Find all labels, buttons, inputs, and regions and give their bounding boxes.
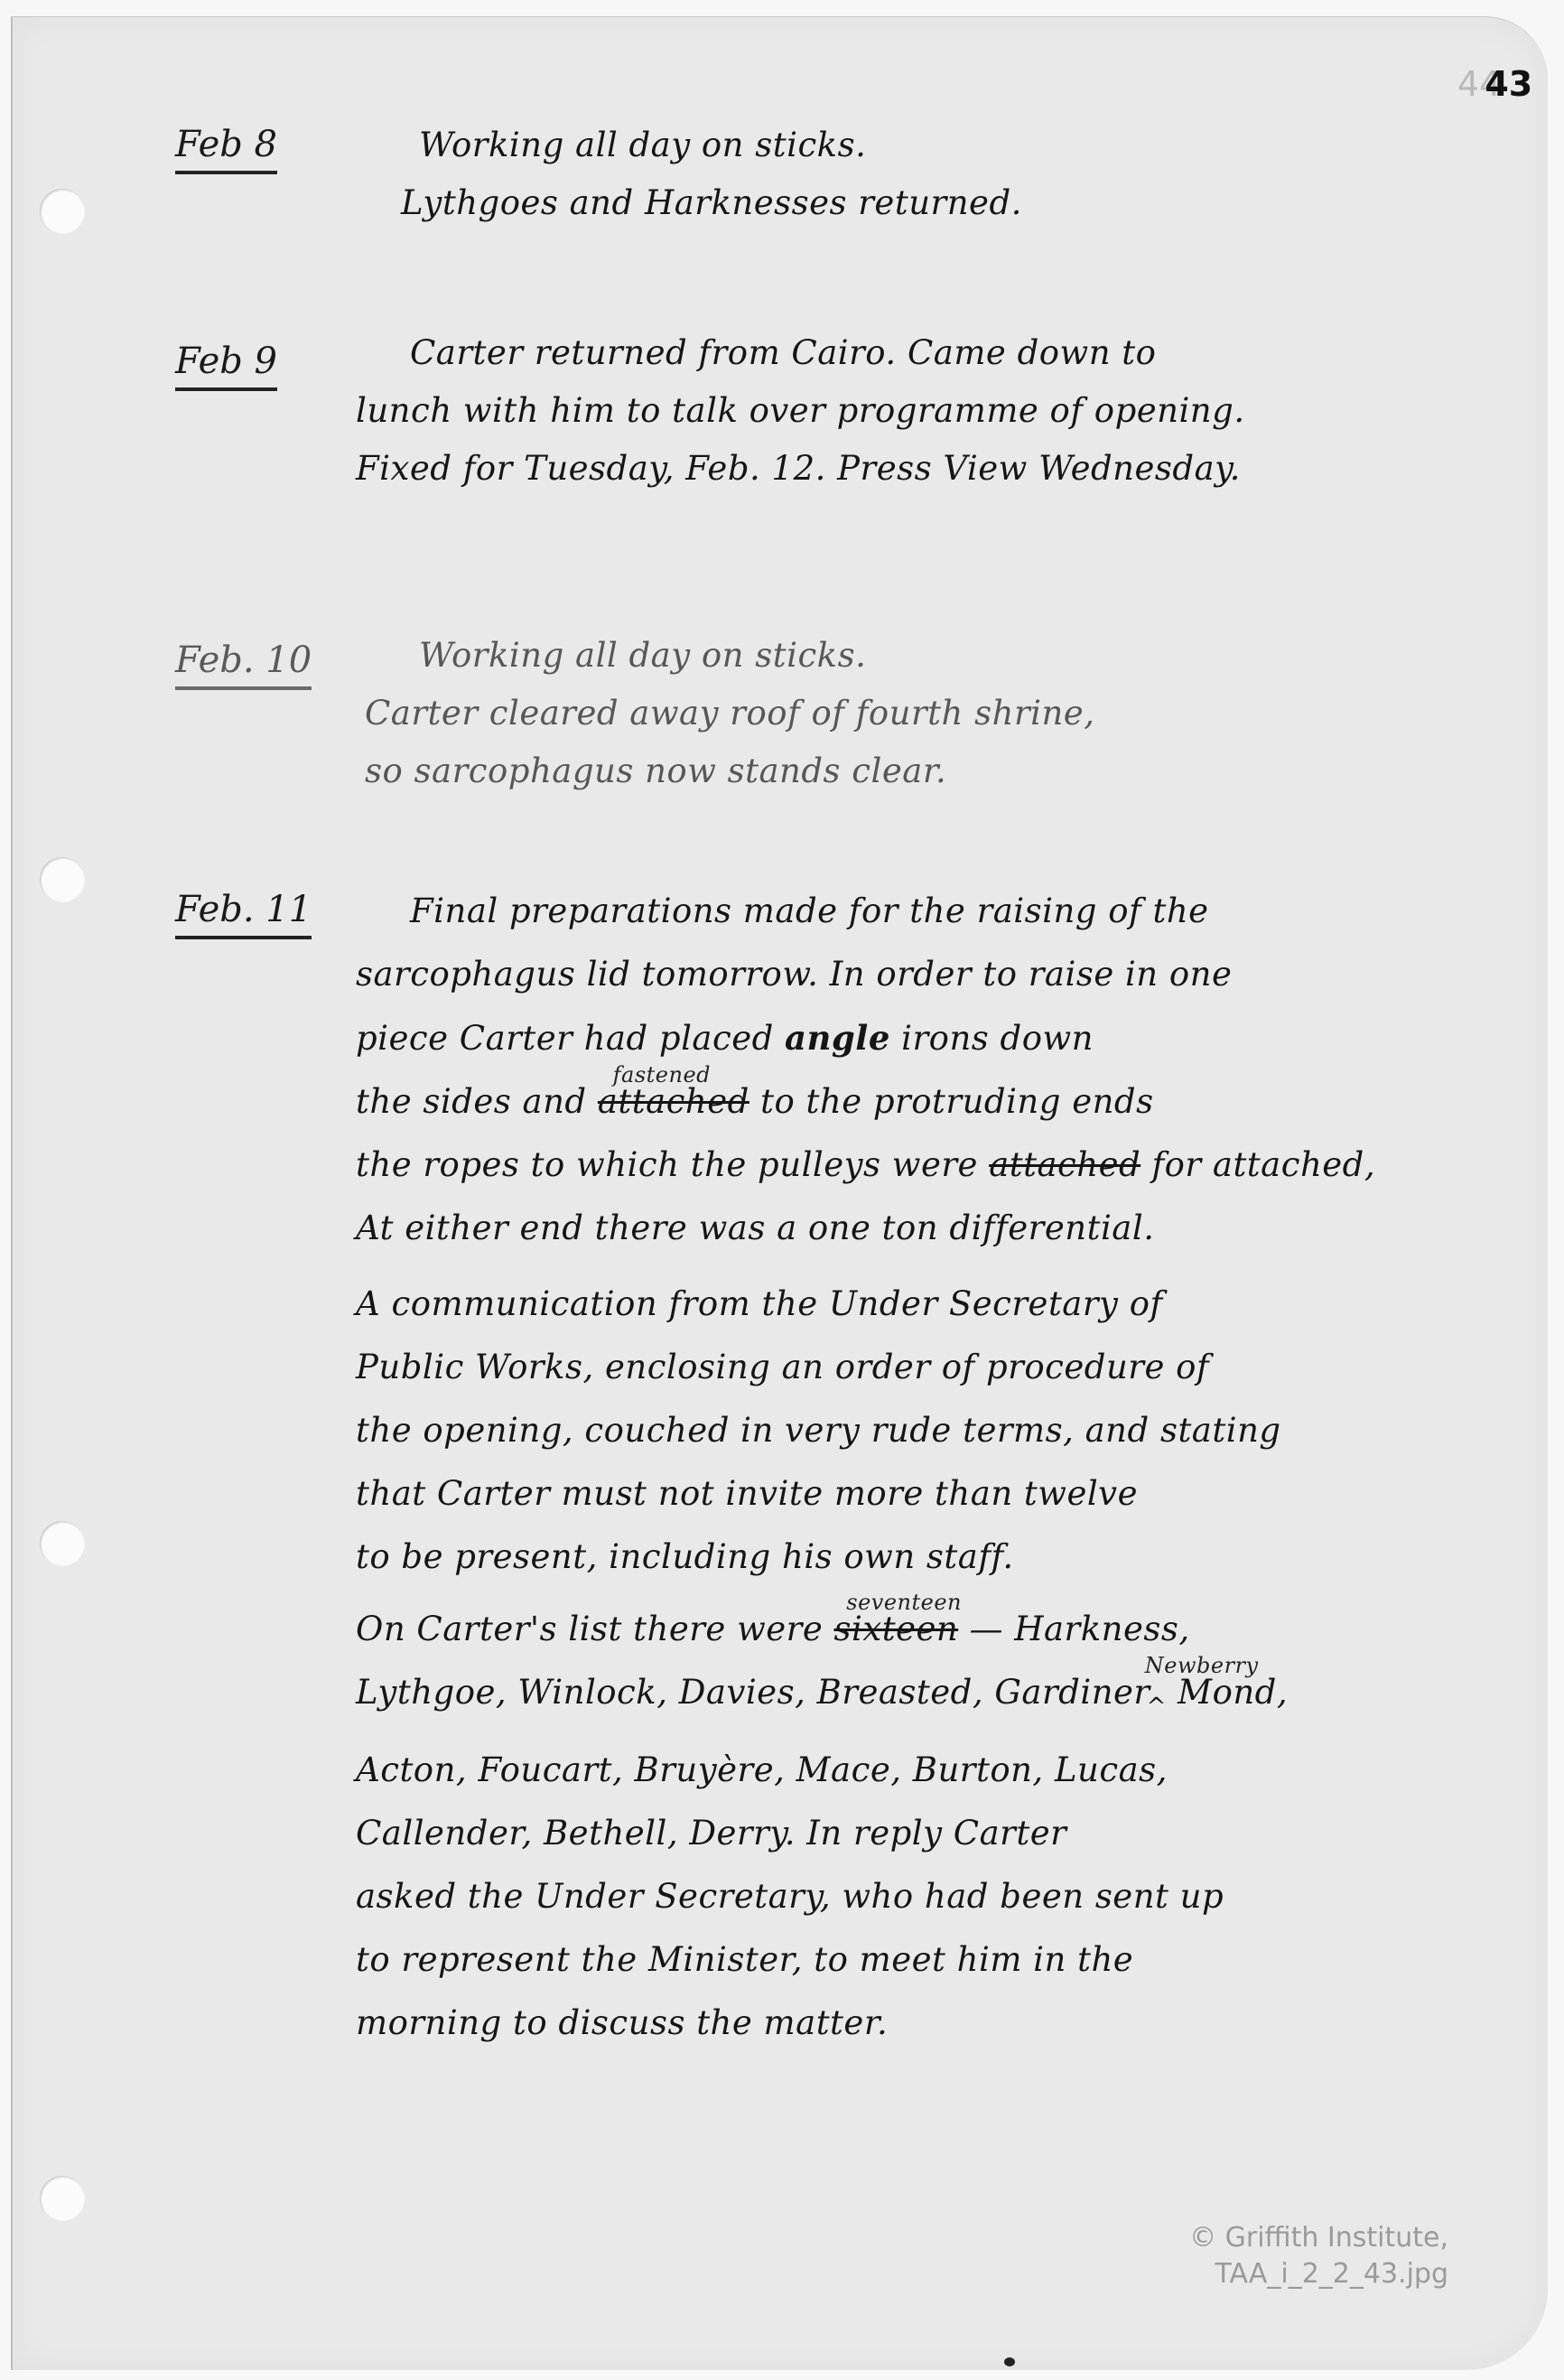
entry-line: so sarcophagus now stands clear. xyxy=(365,742,1564,800)
entry-line: lunch with him to talk over programme of… xyxy=(356,382,1564,440)
punch-hole-upper-middle xyxy=(40,857,85,902)
entry-line: Lythgoe, Winlock, Davies, Breasted, Gard… xyxy=(356,1661,1564,1739)
page-number: 4443 xyxy=(1457,64,1532,104)
entry-line: piece Carter had placed angle irons down xyxy=(356,1006,1564,1070)
punch-hole-lower-middle xyxy=(40,1521,85,1566)
entry-line: asked the Under Secretary, who had been … xyxy=(356,1865,1564,1928)
copyright-watermark: © Griffith Institute, TAA_i_2_2_43.jpg xyxy=(1189,2220,1448,2292)
watermark-line-1: © Griffith Institute, xyxy=(1189,2220,1448,2256)
entry-line: Carter cleared away roof of fourth shrin… xyxy=(365,685,1564,742)
entry-text: Working all day on sticks. Carter cleare… xyxy=(419,627,1564,800)
inserted-word: Newberry xyxy=(1145,1634,1259,1697)
entry-line: Acton, Foucart, Bruyère, Mace, Burton, L… xyxy=(356,1739,1564,1802)
entry-line: the ropes to which the pulleys were atta… xyxy=(356,1134,1564,1197)
entry-date: Feb. 11 xyxy=(175,889,312,939)
entry-line: to represent the Minister, to meet him i… xyxy=(356,1928,1564,1992)
inserted-word: fastened xyxy=(613,1043,711,1106)
entry-line: Fixed for Tuesday, Feb. 12. Press View W… xyxy=(356,440,1564,498)
watermark-line-2: TAA_i_2_2_43.jpg xyxy=(1189,2256,1448,2292)
line-segment: the sides and xyxy=(356,1082,598,1121)
entry-line: Working all day on sticks. xyxy=(419,117,1564,174)
entry-line: the sides and attachedfastened to the pr… xyxy=(356,1070,1564,1134)
entry-line: On Carter's list there were sixteenseven… xyxy=(356,1598,1564,1661)
correction-insert: sixteenseventeen xyxy=(834,1598,959,1661)
entry-line: Public Works, enclosing an order of proc… xyxy=(356,1336,1564,1399)
entry-text: Working all day on sticks. Lythgoes and … xyxy=(419,117,1564,232)
line-segment: On Carter's list there were xyxy=(356,1610,834,1648)
inserted-word: seventeen xyxy=(846,1571,962,1634)
entry-line: At either end there was a one ton differ… xyxy=(356,1197,1564,1260)
line-segment: irons down xyxy=(890,1019,1094,1058)
struck-word: attached xyxy=(989,1145,1140,1184)
entry-line: sarcophagus lid tomorrow. In order to ra… xyxy=(356,943,1564,1006)
entry-line: Callender, Bethell, Derry. In reply Cart… xyxy=(356,1802,1564,1865)
ink-spot xyxy=(1004,2357,1015,2366)
line-segment: Lythgoe, Winlock, Davies, Breasted, Gard… xyxy=(356,1673,1150,1712)
entry-line: Lythgoes and Harknesses returned. xyxy=(401,174,1564,232)
entry-line: the opening, couched in very rude terms,… xyxy=(356,1399,1564,1462)
manuscript-page: 4443 Feb 8 Working all day on sticks. Ly… xyxy=(11,16,1548,2370)
entry-line: Carter returned from Cairo. Came down to xyxy=(410,324,1564,382)
line-segment: piece Carter had placed xyxy=(356,1019,785,1058)
entry-text: Final preparations made for the raising … xyxy=(410,880,1564,2055)
line-segment: to the protruding ends xyxy=(749,1082,1154,1121)
correction-insert: attachedfastened xyxy=(598,1070,749,1134)
entry-date: Feb. 10 xyxy=(175,639,312,690)
line-segment-overwritten: angle xyxy=(785,1018,890,1058)
entry-date: Feb 8 xyxy=(175,124,277,174)
punch-hole-top xyxy=(40,189,85,234)
entry-line: morning to discuss the matter. xyxy=(356,1992,1564,2055)
page-number-value: 43 xyxy=(1485,64,1532,104)
entry-date: Feb 9 xyxy=(175,341,277,391)
line-segment: the ropes to which the pulleys were xyxy=(356,1145,989,1184)
correction-insert: Lythgoe, Winlock, Davies, Breasted, Gard… xyxy=(356,1661,1150,1724)
entry-text: Carter returned from Cairo. Came down to… xyxy=(410,324,1564,498)
entry-line: that Carter must not invite more than tw… xyxy=(356,1462,1564,1526)
punch-hole-bottom xyxy=(40,2176,85,2221)
line-segment: for attached, xyxy=(1140,1145,1375,1184)
entry-line: Working all day on sticks. xyxy=(419,627,1564,685)
entry-line: Final preparations made for the raising … xyxy=(410,880,1564,943)
entry-line: A communication from the Under Secretary… xyxy=(356,1273,1564,1336)
